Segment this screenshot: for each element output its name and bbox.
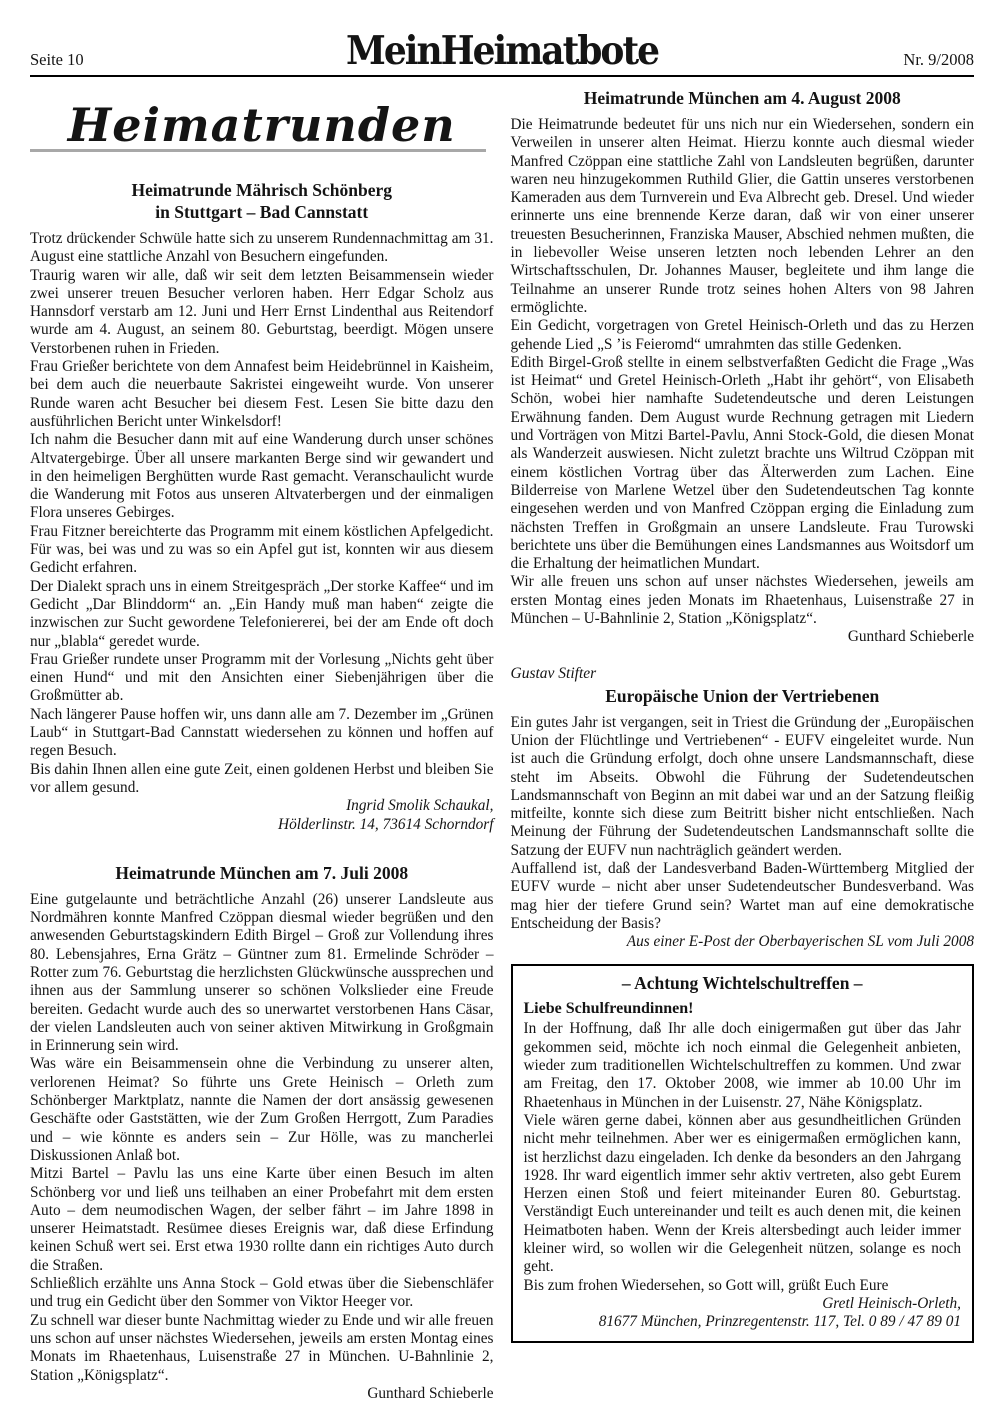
article-title-line2: in Stuttgart – Bad Cannstatt	[155, 202, 368, 222]
issue-number: Nr. 9/2008	[854, 50, 974, 72]
notice-box: – Achtung Wichtelschultreffen – Liebe Sc…	[511, 964, 975, 1342]
article-title-stuttgart: Heimatrunde Mährisch Schönberg in Stuttg…	[30, 179, 494, 223]
article-title-line1: Heimatrunde Mährisch Schönberg	[131, 180, 392, 200]
section-heading-wrap: Heimatrunden	[30, 93, 494, 169]
article-paragraph: Zu schnell war dieser bunte Nachmittag w…	[30, 1312, 494, 1385]
spacer	[30, 834, 494, 862]
article-paragraph: Die Heimatrunde bedeutet für uns nich nu…	[511, 116, 975, 317]
article-paragraph: Bis dahin Ihnen allen eine gute Zeit, ei…	[30, 761, 494, 798]
signature-stuttgart-name: Ingrid Smolik Schaukal,	[30, 797, 494, 815]
right-column: Heimatrunde München am 4. August 2008 Di…	[511, 87, 975, 1403]
signature-stuttgart-address: Hölderlinstr. 14, 73614 Schorndorf	[30, 816, 494, 834]
article-paragraph: Eine gutgelaunte und beträchtliche Anzah…	[30, 891, 494, 1056]
article-byline-eufv: Gustav Stifter	[511, 665, 975, 683]
article-paragraph: Traurig waren wir alle, daß wir seit dem…	[30, 267, 494, 358]
article-paragraph: Schließlich erzählte uns Anna Stock – Go…	[30, 1275, 494, 1312]
article-paragraph: Frau Grießer rundete unser Programm mit …	[30, 651, 494, 706]
article-paragraph: Frau Grießer berichtete von dem Annafest…	[30, 358, 494, 431]
notice-box-salutation: Liebe Schulfreundinnen!	[524, 1000, 962, 1018]
article-paragraph: Wir alle freuen uns schon auf unser näch…	[511, 573, 975, 628]
page-number: Seite 10	[30, 50, 150, 72]
article-body-stuttgart: Trotz drückender Schwüle hatte sich zu u…	[30, 230, 494, 797]
article-paragraph: Der Dialekt sprach uns in einem Streitge…	[30, 578, 494, 651]
article-paragraph: In der Hoffnung, daß Ihr alle doch einig…	[524, 1020, 962, 1111]
article-title-juli: Heimatrunde München am 7. Juli 2008	[30, 862, 494, 884]
masthead-title: MeinHeimatbote	[346, 28, 658, 73]
article-paragraph: Ein Gedicht, vorgetragen von Gretel Hein…	[511, 317, 975, 354]
left-column: Heimatrunden Heimatrunde Mährisch Schönb…	[30, 87, 494, 1403]
article-paragraph: Nach längerer Pause hoffen wir, uns dann…	[30, 706, 494, 761]
article-paragraph: Trotz drückender Schwüle hatte sich zu u…	[30, 230, 494, 267]
notice-box-signature-address: 81677 München, Prinzregentenstr. 117, Te…	[524, 1313, 962, 1331]
article-title-august: Heimatrunde München am 4. August 2008	[511, 87, 975, 109]
section-title: Heimatrunden	[30, 93, 494, 157]
article-body-eufv: Ein gutes Jahr ist vergangen, seit in Tr…	[511, 714, 975, 934]
article-paragraph: Edith Birgel-Groß stellte in einem selbs…	[511, 354, 975, 574]
article-title-eufv: Europäische Union der Vertriebenen	[511, 685, 975, 707]
signature-august: Gunthard Schieberle	[511, 628, 975, 646]
notice-box-body: In der Hoffnung, daß Ihr alle doch einig…	[524, 1020, 962, 1294]
article-paragraph: Ein gutes Jahr ist vergangen, seit in Tr…	[511, 714, 975, 860]
article-body-juli: Eine gutgelaunte und beträchtliche Anzah…	[30, 891, 494, 1385]
article-paragraph: Was wäre ein Beisammensein ohne die Verb…	[30, 1055, 494, 1165]
article-body-august: Die Heimatrunde bedeutet für uns nich nu…	[511, 116, 975, 628]
article-paragraph: Ich nahm die Besucher dann mit auf eine …	[30, 431, 494, 522]
two-column-layout: Heimatrunden Heimatrunde Mährisch Schönb…	[30, 87, 974, 1403]
article-paragraph: Auffallend ist, daß der Landesverband Ba…	[511, 860, 975, 933]
spacer	[511, 647, 975, 665]
page-header: Seite 10 MeinHeimatbote Nr. 9/2008	[30, 30, 974, 77]
signature-juli: Gunthard Schieberle	[30, 1385, 494, 1403]
article-paragraph: Mitzi Bartel – Pavlu las uns eine Karte …	[30, 1165, 494, 1275]
article-paragraph: Bis zum frohen Wiedersehen, so Gott will…	[524, 1277, 962, 1295]
notice-box-title: – Achtung Wichtelschultreffen –	[524, 973, 962, 994]
newspaper-page: Seite 10 MeinHeimatbote Nr. 9/2008 Heima…	[0, 0, 1000, 1412]
source-line-eufv: Aus einer E-Post der Oberbayerischen SL …	[511, 933, 975, 951]
article-paragraph: Frau Fitzner bereichterte das Programm m…	[30, 523, 494, 578]
notice-box-signature-name: Gretl Heinisch-Orleth,	[524, 1295, 962, 1313]
article-paragraph: Viele wären gerne dabei, können aber aus…	[524, 1112, 962, 1277]
